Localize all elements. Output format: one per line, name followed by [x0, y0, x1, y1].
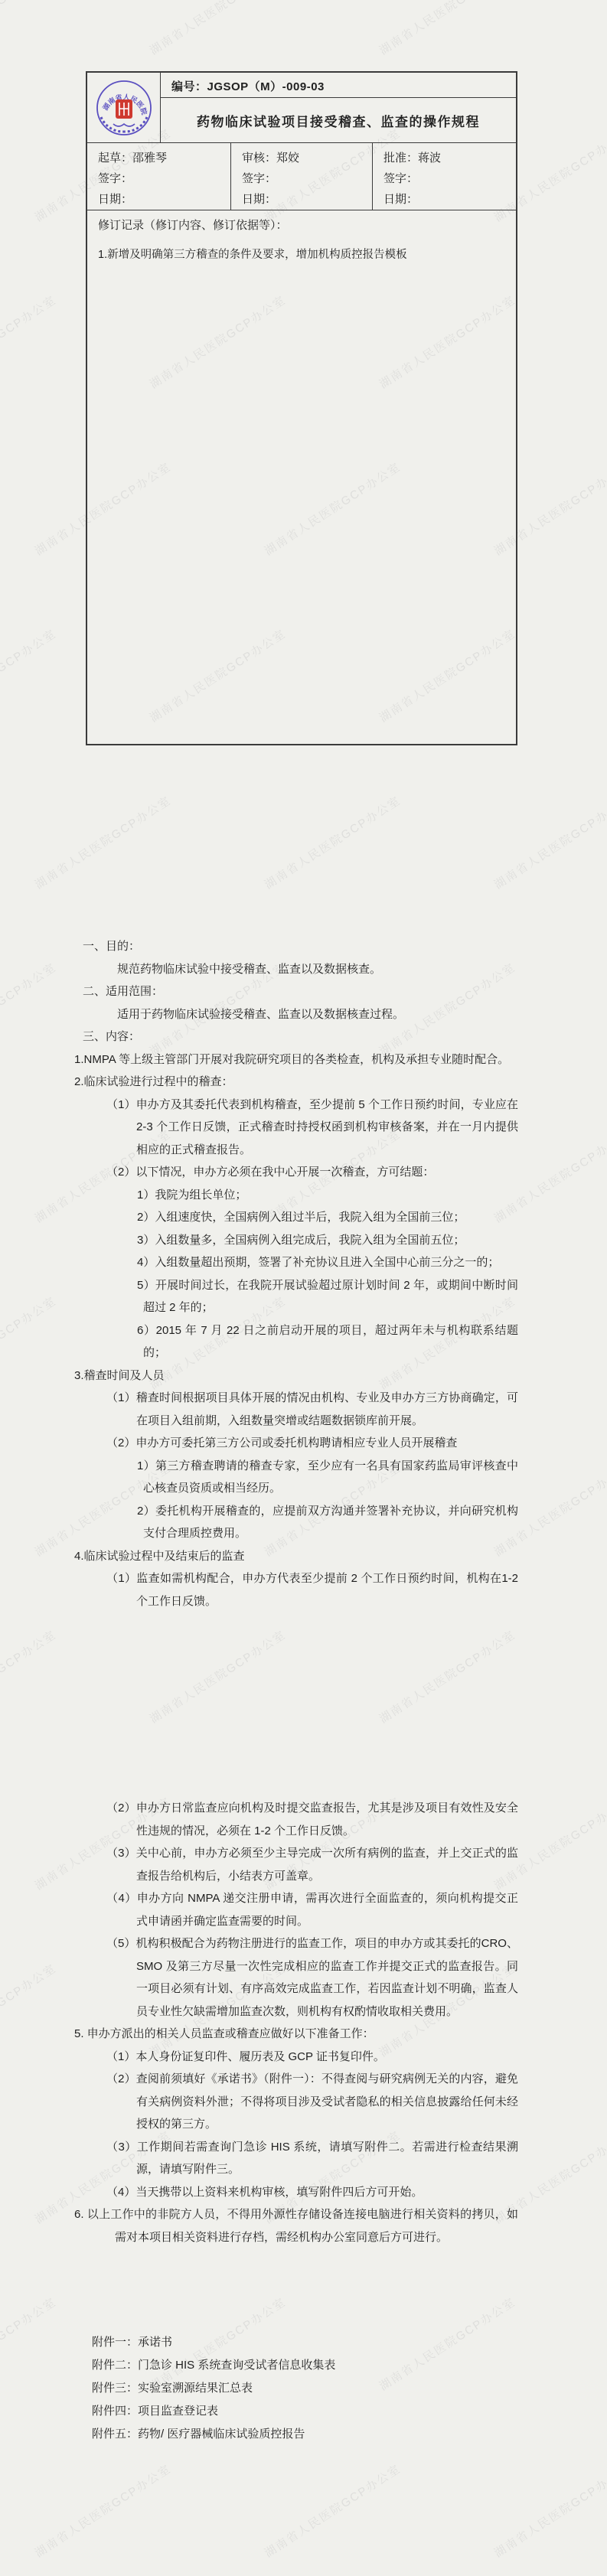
- watermark-text: 湖南省人民医院GCP办公室: [491, 792, 607, 892]
- header-table: 湖南省人民医院 编号：JGSOP（M）-009-03 药物临床试验项目接受稽查、…: [86, 71, 517, 745]
- body-paragraph: 1）我院为组长单位；: [74, 1184, 518, 1207]
- body-paragraph: 1）第三方稽查聘请的稽查专家，至少应有一名具有国家药监局审评核查中心核查员资质或…: [74, 1455, 518, 1500]
- body-paragraph: 2.临床试验进行过程中的稽查：: [74, 1071, 518, 1094]
- body-page2: 一、目的： 规范药物临床试验中接受稽查、监查以及数据核查。 二、适用范围： 适用…: [74, 935, 518, 1612]
- reviewer-label: 审核：: [242, 152, 276, 165]
- drafter-sign-label: 签字：: [98, 168, 230, 189]
- reviewer-sign-label: 签字：: [242, 168, 372, 189]
- body-paragraph: （2）申办方可委托第三方公司或委托机构聘请相应专业人员开展稽查: [74, 1432, 518, 1455]
- body-paragraph: 3.稽查时间及人员: [74, 1365, 518, 1387]
- body-paragraph: （2）查阅前须填好《承诺书》（附件一）：不得查阅与研究病例无关的内容，避免有关病…: [74, 2068, 518, 2136]
- watermark-text: 湖南省人民医院GCP办公室: [491, 2460, 607, 2561]
- doc-number: 编号：JGSOP（M）-009-03: [161, 73, 516, 98]
- watermark-text: 湖南省人民医院GCP办公室: [146, 0, 289, 58]
- document-page: 湖南省人民医院GCP办公室湖南省人民医院GCP办公室湖南省人民医院GCP办公室湖…: [0, 0, 607, 2576]
- doc-title: 药物临床试验项目接受稽查、监查的操作规程: [161, 98, 516, 142]
- body-paragraph: 2）委托机构开展稽查的，应提前双方沟通并签署补充协议，并向研究机构支付合理质控费…: [74, 1500, 518, 1545]
- watermark-text: 湖南省人民医院GCP办公室: [31, 2460, 174, 2561]
- revision-item: 1.新增及明确第三方稽查的条件及要求，增加机构质控报告模板: [98, 246, 505, 264]
- body-paragraph: （4）申办方向 NMPA 递交注册申请，需再次进行全面监查的，须向机构提交正式申…: [74, 1887, 518, 1932]
- approver-date-label: 日期：: [383, 189, 516, 210]
- hospital-logo: 湖南省人民医院: [87, 73, 161, 142]
- attachment-item: 附件五：药物/ 医疗器械临床试验质控报告: [92, 2423, 335, 2446]
- watermark-text: 湖南省人民医院GCP办公室: [0, 625, 59, 726]
- attachment-item: 附件一：承诺书: [92, 2331, 335, 2354]
- body-paragraph: （4）当天携带以上资料来机构审核，填写附件四后方可开始。: [74, 2181, 518, 2204]
- body-paragraph: 5. 申办方派出的相关人员监查或稽查应做好以下准备工作：: [74, 2023, 518, 2046]
- body-paragraph: （1）稽查时间根据项目具体开展的情况由机构、专业及申办方三方协商确定，可在项目入…: [74, 1387, 518, 1432]
- para-scope: 适用于药物临床试验接受稽查、监查以及数据核查过程。: [117, 1003, 518, 1026]
- body-paragraph: （5）机构积极配合为药物注册进行的监查工作，项目的申办方或其委托的CRO、SMO…: [74, 1932, 518, 2023]
- reviewer-date-label: 日期：: [242, 189, 372, 210]
- watermark-text: 湖南省人民医院GCP办公室: [0, 1960, 59, 2060]
- body-paragraph: 4）入组数量超出预期，签署了补充协议且进入全国中心前三分之一的；: [74, 1251, 518, 1274]
- approver-label: 批准：: [383, 152, 418, 165]
- drafter-cell: 起草：邵雅琴 签字： 日期：: [87, 143, 231, 210]
- body-paragraph: （3）工作期间若需查询门急诊 HIS 系统，请填写附件二。若需进行检查结果溯源，…: [74, 2136, 518, 2181]
- drafter-name: 邵雅琴: [132, 152, 167, 165]
- drafter-date-label: 日期：: [98, 189, 230, 210]
- attachment-item: 附件四：项目监查登记表: [92, 2400, 335, 2423]
- approver-name: 蒋波: [418, 152, 441, 165]
- watermark-text: 湖南省人民医院GCP办公室: [31, 792, 174, 892]
- body-paragraph: 6）2015 年 7 月 22 日之前启动开展的项目，超过两年未与机构联系结题的…: [74, 1319, 518, 1365]
- watermark-text: 湖南省人民医院GCP办公室: [376, 0, 518, 58]
- attachments-list: 附件一：承诺书 附件二：门急诊 HIS 系统查询受试者信息收集表 附件三：实验室…: [92, 2331, 335, 2446]
- drafter-label: 起草：: [98, 152, 132, 165]
- watermark-text: 湖南省人民医院GCP办公室: [0, 1293, 59, 1393]
- attachment-item: 附件三：实验室溯源结果汇总表: [92, 2377, 335, 2400]
- revision-box: 修订记录（修订内容、修订依据等）： 1.新增及明确第三方稽查的条件及要求，增加机…: [87, 210, 516, 744]
- heading-content: 三、内容：: [83, 1026, 518, 1048]
- body-paragraph: （3）关中心前，申办方必须至少主导完成一次所有病例的监查，并上交正式的监查报告给…: [74, 1842, 518, 1887]
- body-paragraph: 1.NMPA 等上级主管部门开展对我院研究项目的各类检查，机构及承担专业随时配合…: [74, 1048, 518, 1071]
- para-purpose: 规范药物临床试验中接受稽查、监查以及数据核查。: [117, 958, 518, 981]
- watermark-text: 湖南省人民医院GCP办公室: [0, 1626, 59, 1727]
- watermark-text: 湖南省人民医院GCP办公室: [376, 2294, 518, 2394]
- body-paragraph: 5）开展时间过长，在我院开展试验超过原计划时间 2 年，或期间中断时间超过 2 …: [74, 1274, 518, 1319]
- reviewer-cell: 审核：郑姣 签字： 日期：: [231, 143, 373, 210]
- watermark-text: 湖南省人民医院GCP办公室: [0, 292, 59, 392]
- body-paragraph: （1）监查如需机构配合，申办方代表至少提前 2 个工作日预约时间，机构在1-2 …: [74, 1567, 518, 1612]
- heading-scope: 二、适用范围：: [83, 980, 518, 1003]
- approver-sign-label: 签字：: [383, 168, 516, 189]
- watermark-text: 湖南省人民医院GCP办公室: [261, 792, 403, 892]
- heading-purpose: 一、目的：: [83, 935, 518, 958]
- watermark-text: 湖南省人民医院GCP办公室: [0, 0, 59, 58]
- body-paragraph: （1）申办方及其委托代表到机构稽查，至少提前 5 个工作日预约时间，专业应在 2…: [74, 1094, 518, 1162]
- header-top-row: 湖南省人民医院 编号：JGSOP（M）-009-03 药物临床试验项目接受稽查、…: [87, 73, 516, 143]
- body-paragraph: 3）入组数量多，全国病例入组完成后，我院入组为全国前五位；: [74, 1229, 518, 1252]
- watermark-text: 湖南省人民医院GCP办公室: [0, 2294, 59, 2394]
- reviewer-name: 郑姣: [276, 152, 299, 165]
- body-paragraph: （2）以下情况，申办方必须在我中心开展一次稽查，方可结题：: [74, 1161, 518, 1184]
- hospital-seal-icon: 湖南省人民医院: [94, 77, 154, 139]
- watermark-text: 湖南省人民医院GCP办公室: [146, 1626, 289, 1727]
- watermark-text: 湖南省人民医院GCP办公室: [261, 2460, 403, 2561]
- body-paragraph: （2）申办方日常监查应向机构及时提交监查报告，尤其是涉及项目有效性及安全性违规的…: [74, 1797, 518, 1842]
- body-paragraph: （1）本人身份证复印件、履历表及 GCP 证书复印件。: [74, 2046, 518, 2069]
- body-paragraph: 4.临床试验过程中及结束后的监查: [74, 1545, 518, 1568]
- attachment-item: 附件二：门急诊 HIS 系统查询受试者信息收集表: [92, 2354, 335, 2377]
- body-paragraph: 2）入组速度快，全国病例入组过半后，我院入组为全国前三位；: [74, 1206, 518, 1229]
- approval-row: 起草：邵雅琴 签字： 日期： 审核：郑姣 签字： 日期： 批准：蒋波 签字： 日…: [87, 143, 516, 210]
- header-right: 编号：JGSOP（M）-009-03 药物临床试验项目接受稽查、监查的操作规程: [161, 73, 516, 142]
- watermark-text: 湖南省人民医院GCP办公室: [376, 1626, 518, 1727]
- watermark-text: 湖南省人民医院GCP办公室: [0, 959, 59, 1059]
- revision-title: 修订记录（修订内容、修订依据等）：: [98, 217, 505, 235]
- body-paragraph: 6. 以上工作中的非院方人员，不得用外源性存储设备连接电脑进行相关资料的拷贝，如…: [74, 2203, 518, 2248]
- body-page3: （2）申办方日常监查应向机构及时提交监查报告，尤其是涉及项目有效性及安全性违规的…: [74, 1797, 518, 2248]
- approver-cell: 批准：蒋波 签字： 日期：: [373, 143, 516, 210]
